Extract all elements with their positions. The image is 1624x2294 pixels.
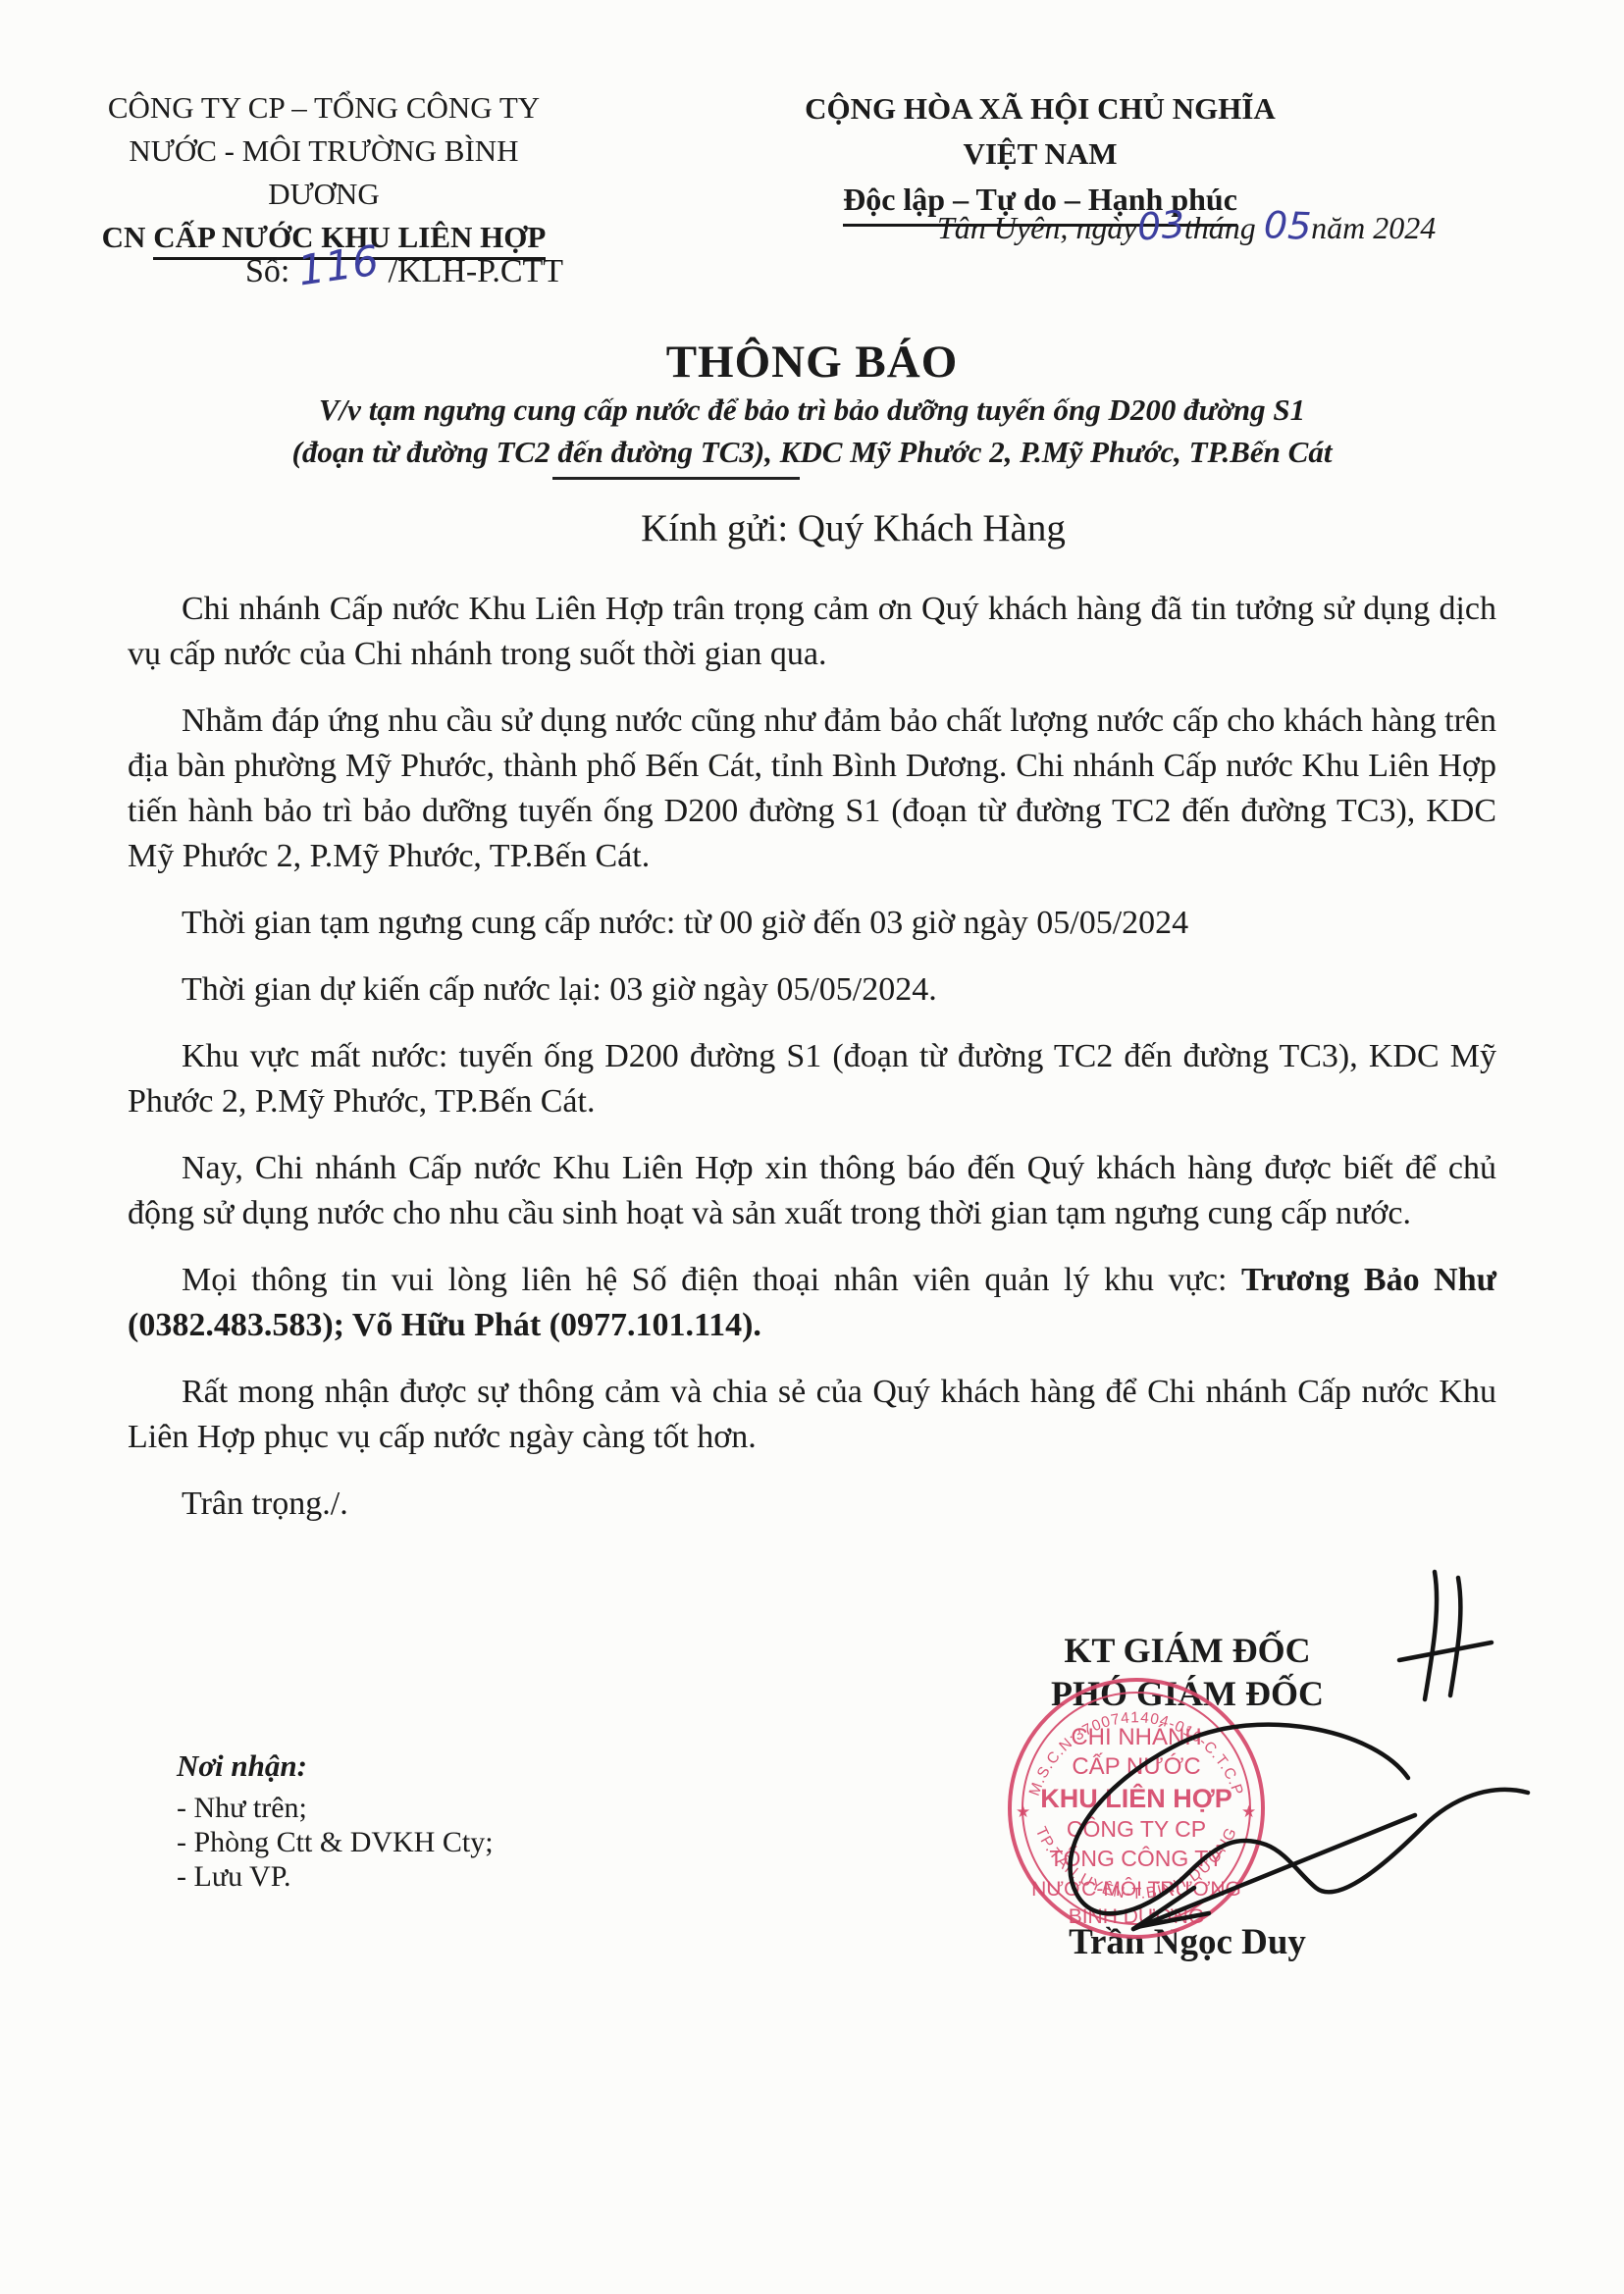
- recipient-item: - Phòng Ctt & DVKH Cty;: [177, 1825, 494, 1859]
- signer-title-kt: KT GIÁM ĐỐC: [981, 1629, 1393, 1672]
- org-name-line1: CÔNG TY CP – TỔNG CÔNG TY: [74, 86, 574, 130]
- recipient-item: - Như trên;: [177, 1791, 494, 1825]
- paragraph-notice: Nay, Chi nhánh Cấp nước Khu Liên Hợp xin…: [128, 1146, 1496, 1236]
- stamp-center-line: KHU LIÊN HỢP: [1040, 1783, 1232, 1813]
- stamp-center-line: NƯỚC-MÔI TRƯỜNG: [1031, 1878, 1241, 1901]
- dateline-part1: Tân Uyên, ngày: [937, 210, 1137, 245]
- recipients-block: Nơi nhận: - Như trên; - Phòng Ctt & DVKH…: [177, 1748, 494, 1894]
- paragraph-affected-area: Khu vực mất nước: tuyến ống D200 đường S…: [128, 1034, 1496, 1124]
- paragraph-apology: Rất mong nhận được sự thông cảm và chia …: [128, 1370, 1496, 1460]
- stamp-star-left: ★: [1016, 1802, 1030, 1821]
- paragraph-contacts: Mọi thông tin vui lòng liên hệ Số điện t…: [128, 1258, 1496, 1348]
- paragraph-closing: Trân trọng./.: [128, 1482, 1496, 1527]
- doc-number-suffix: /KLH-P.CTT: [380, 253, 563, 289]
- handwritten-month: 05: [1263, 203, 1312, 248]
- handwritten-doc-number: 116: [295, 235, 383, 294]
- title-divider: [552, 477, 800, 480]
- paragraph-resume-time: Thời gian dự kiến cấp nước lại: 03 giờ n…: [128, 967, 1496, 1013]
- paragraph-stop-time: Thời gian tạm ngưng cung cấp nước: từ 00…: [128, 901, 1496, 946]
- paragraph-thanks: Chi nhánh Cấp nước Khu Liên Hợp trân trọ…: [128, 587, 1496, 677]
- stamp-center-line: CÔNG TY CP: [1067, 1815, 1206, 1842]
- stamp-center-line: CẤP NƯỚC: [1072, 1752, 1200, 1780]
- handwritten-day: 03: [1135, 202, 1185, 248]
- stamp-center-line: CHI NHÁNH: [1071, 1724, 1201, 1750]
- document-body: Chi nhánh Cấp nước Khu Liên Hợp trân trọ…: [128, 587, 1496, 1548]
- stamp-star-right: ★: [1241, 1802, 1256, 1821]
- stamp-center-line: BÌNH DƯƠNG: [1069, 1905, 1205, 1928]
- stamp-center-line: TỔNG CÔNG TY: [1049, 1845, 1223, 1871]
- recipients-heading: Nơi nhận:: [177, 1748, 494, 1783]
- document-subtitle-line1: V/v tạm ngưng cung cấp nước để bảo trì b…: [0, 392, 1624, 428]
- national-motto-line1: CỘNG HÒA XÃ HỘI CHỦ NGHĨA VIỆT NAM: [765, 86, 1315, 177]
- paragraph-reason: Nhằm đáp ứng nhu cầu sử dụng nước cũng n…: [128, 699, 1496, 879]
- recipient-item: - Lưu VP.: [177, 1859, 494, 1894]
- document-title: THÔNG BÁO: [0, 336, 1624, 389]
- salutation: Kính gửi: Quý Khách Hàng: [41, 506, 1624, 550]
- dateline-part2: tháng: [1184, 210, 1256, 245]
- document-page: CÔNG TY CP – TỔNG CÔNG TY NƯỚC - MÔI TRƯ…: [0, 0, 1624, 2294]
- org-branch-prefix: CN: [102, 220, 154, 254]
- document-subtitle-line2: (đoạn từ đường TC2 đến đường TC3), KDC M…: [0, 435, 1624, 470]
- dateline-part3: năm 2024: [1311, 210, 1436, 245]
- doc-number-prefix: Số:: [245, 253, 298, 289]
- org-header-left: CÔNG TY CP – TỔNG CÔNG TY NƯỚC - MÔI TRƯ…: [74, 86, 574, 259]
- org-name-line2: NƯỚC - MÔI TRƯỜNG BÌNH DƯƠNG: [74, 130, 574, 216]
- contacts-intro: Mọi thông tin vui lòng liên hệ Số điện t…: [182, 1262, 1241, 1298]
- dateline: Tân Uyên, ngày03tháng 05năm 2024: [937, 204, 1487, 247]
- company-stamp: M.S.C.N:3700741404-016-C.T.C.P TP.TÂN UY…: [993, 1670, 1280, 1947]
- document-number: Số: 116 /KLH-P.CTT: [245, 243, 563, 291]
